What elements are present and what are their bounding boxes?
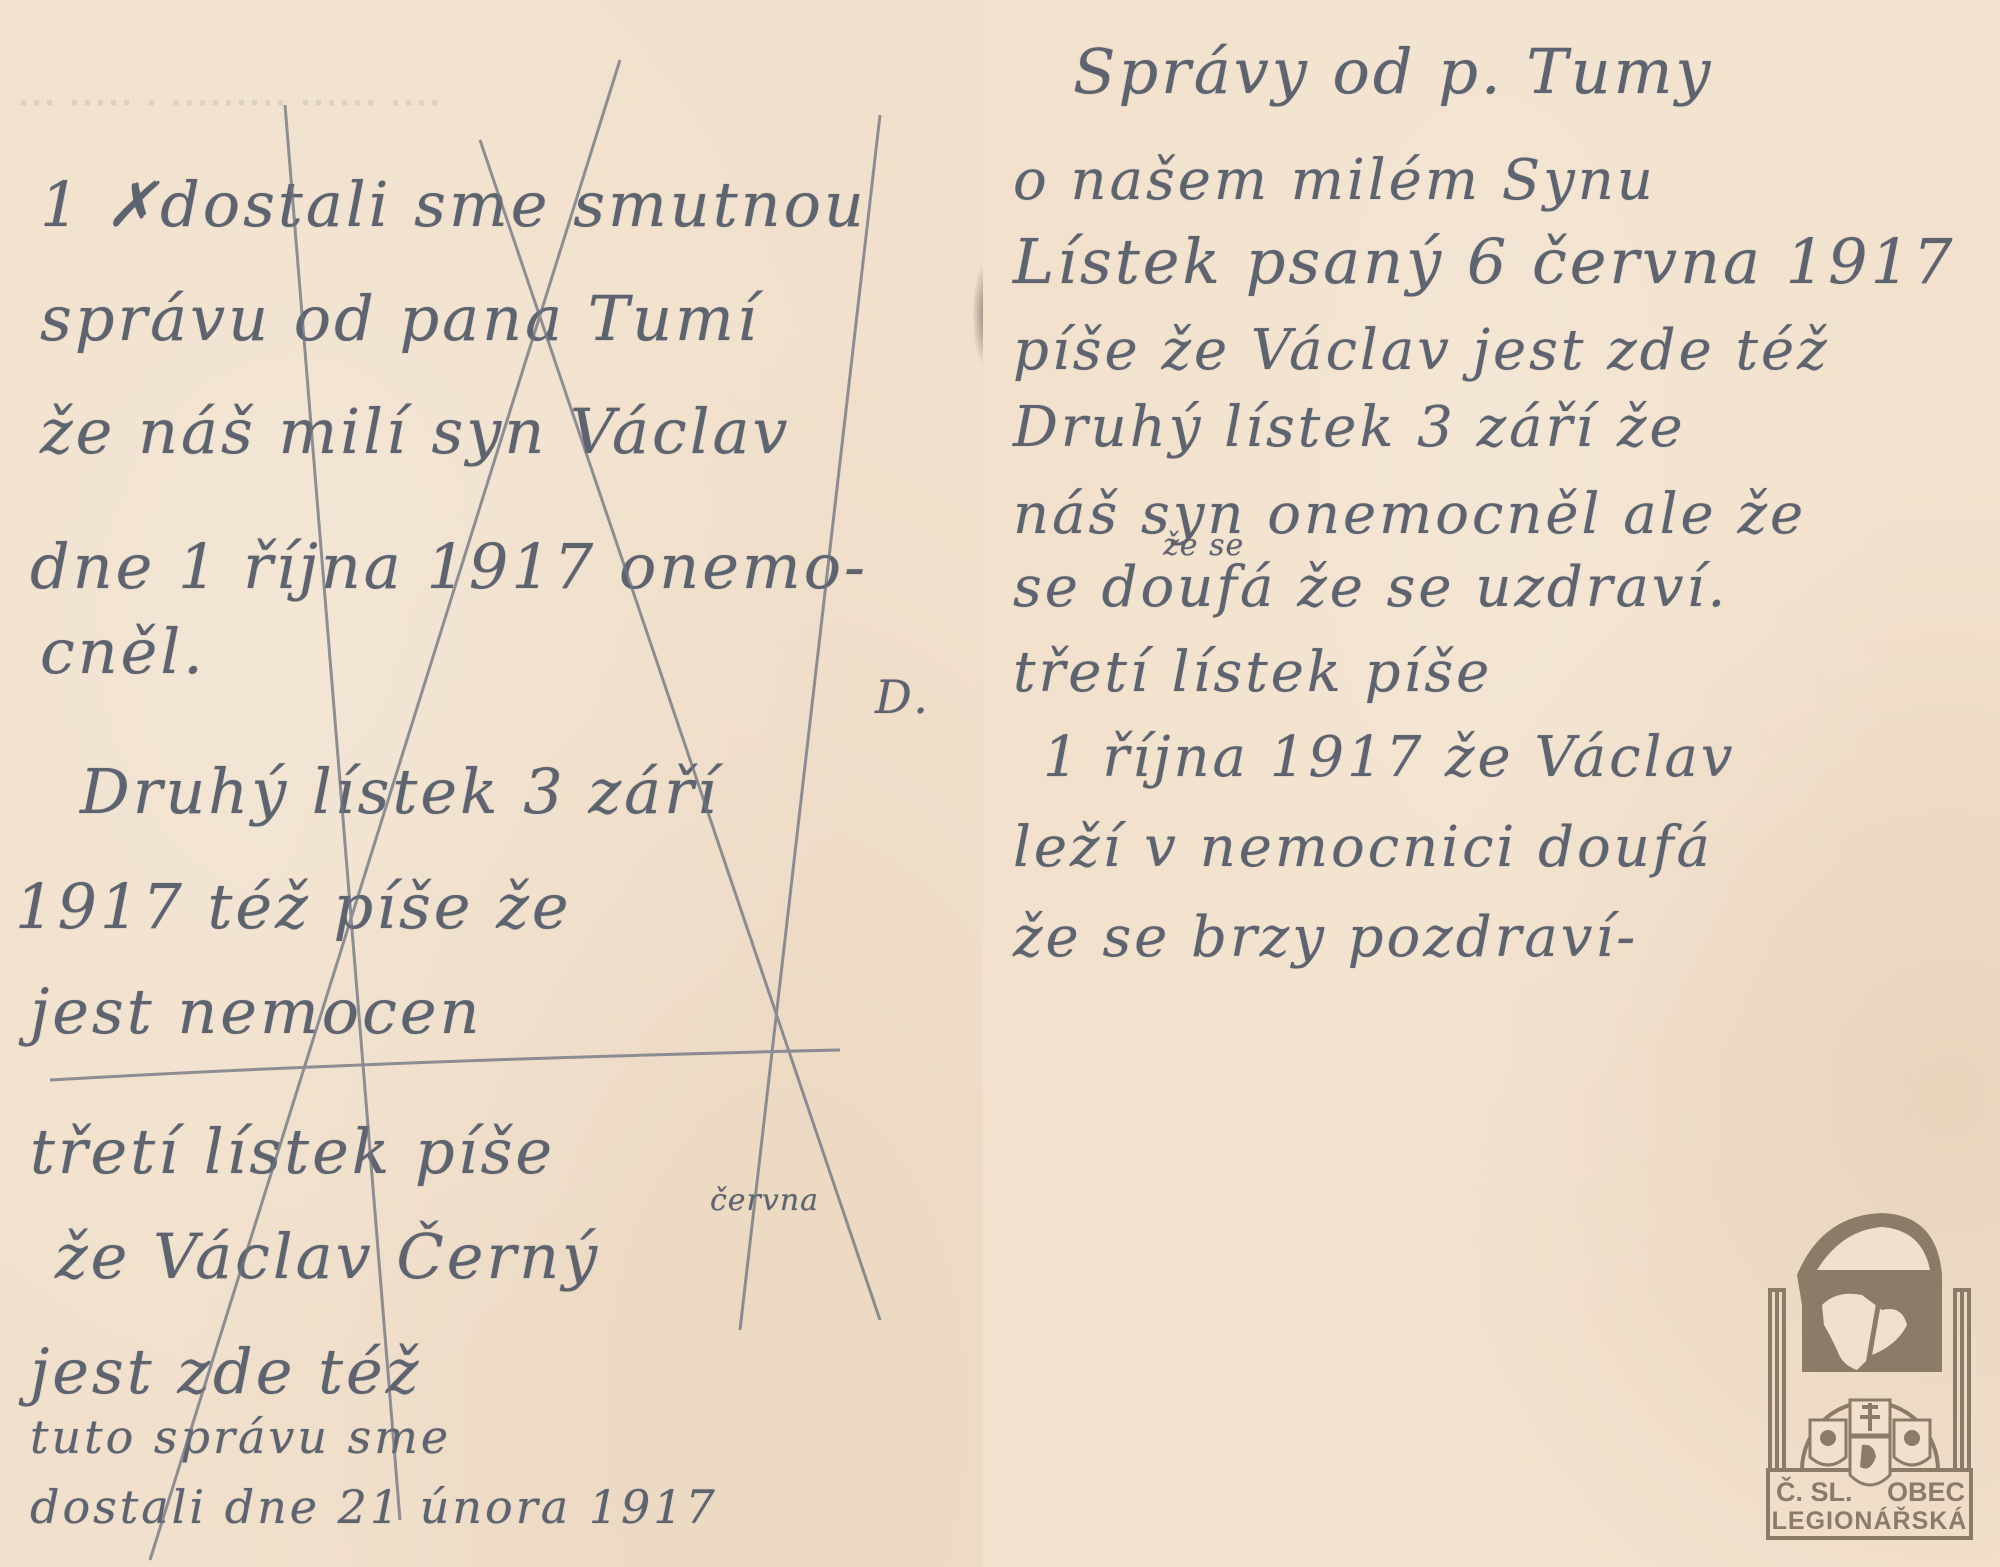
- right-line-1: Správy od p. Tumy: [1073, 35, 1713, 108]
- left-line-7: 1917 též píše že: [15, 870, 572, 943]
- right-line-4: píše že Václav jest zde též: [1013, 318, 1830, 383]
- left-line-9: třetí lístek píše: [30, 1115, 555, 1188]
- left-line-11: jest zde též: [30, 1335, 421, 1408]
- legion-logo: Č. SL. OBEC LEGIONÁŘSKÁ: [1762, 1195, 1977, 1545]
- left-line-3: že náš milí syn Václav: [40, 395, 791, 468]
- left-line-1: 1 ✗dostali sme smutnou: [40, 168, 867, 241]
- bleed-through-text: ▪▪▪ ▪▪▪▪▪ ▪ ▪▪▪▪▪▪▪▪▪ ▪▪▪▪▪▪ ▪▪▪▪: [20, 92, 920, 114]
- right-line-5: Druhý lístek 3 září že: [1013, 395, 1686, 460]
- right-line-6: náš syn onemocněl ale že: [1013, 482, 1806, 547]
- left-line-2: správu od pana Tumí: [40, 282, 760, 355]
- left-page: ▪▪▪ ▪▪▪▪▪ ▪ ▪▪▪▪▪▪▪▪▪ ▪▪▪▪▪▪ ▪▪▪▪ 1 ✗dos…: [0, 0, 983, 1567]
- right-line-2: o našem milém Synu: [1013, 148, 1656, 213]
- left-line-13: dostali dne 21 února 1917: [30, 1480, 718, 1534]
- left-line-4: dne 1 října 1917 onemo-: [30, 530, 868, 603]
- logo-text-csl: Č. SL.: [1776, 1477, 1853, 1508]
- left-line-10: že Václav Černý: [55, 1220, 600, 1293]
- logo-text-obec: OBEC: [1887, 1477, 1965, 1508]
- margin-mark: D.: [875, 670, 931, 724]
- left-line-12: tuto správu sme: [30, 1410, 451, 1464]
- left-line-8: jest nemocen: [30, 975, 482, 1048]
- superscript-cervna: června: [710, 1183, 819, 1218]
- right-line-8: třetí lístek píše: [1013, 640, 1492, 705]
- logo-text-legionarska: LEGIONÁŘSKÁ: [1762, 1507, 1977, 1536]
- notebook-spread: ▪▪▪ ▪▪▪▪▪ ▪ ▪▪▪▪▪▪▪▪▪ ▪▪▪▪▪▪ ▪▪▪▪ 1 ✗dos…: [0, 0, 2000, 1567]
- right-line-7: se doufá že se uzdraví.: [1013, 555, 1728, 620]
- right-line-10: leží v nemocnici doufá: [1013, 815, 1713, 880]
- left-line-6: Druhý lístek 3 září: [80, 755, 720, 828]
- right-line-9: 1 října 1917 že Václav: [1043, 725, 1735, 790]
- left-line-5: cněl.: [40, 615, 206, 688]
- right-line-3: Lístek psaný 6 června 1917: [1013, 225, 1955, 298]
- right-line-11: že se brzy pozdraví-: [1013, 905, 1638, 970]
